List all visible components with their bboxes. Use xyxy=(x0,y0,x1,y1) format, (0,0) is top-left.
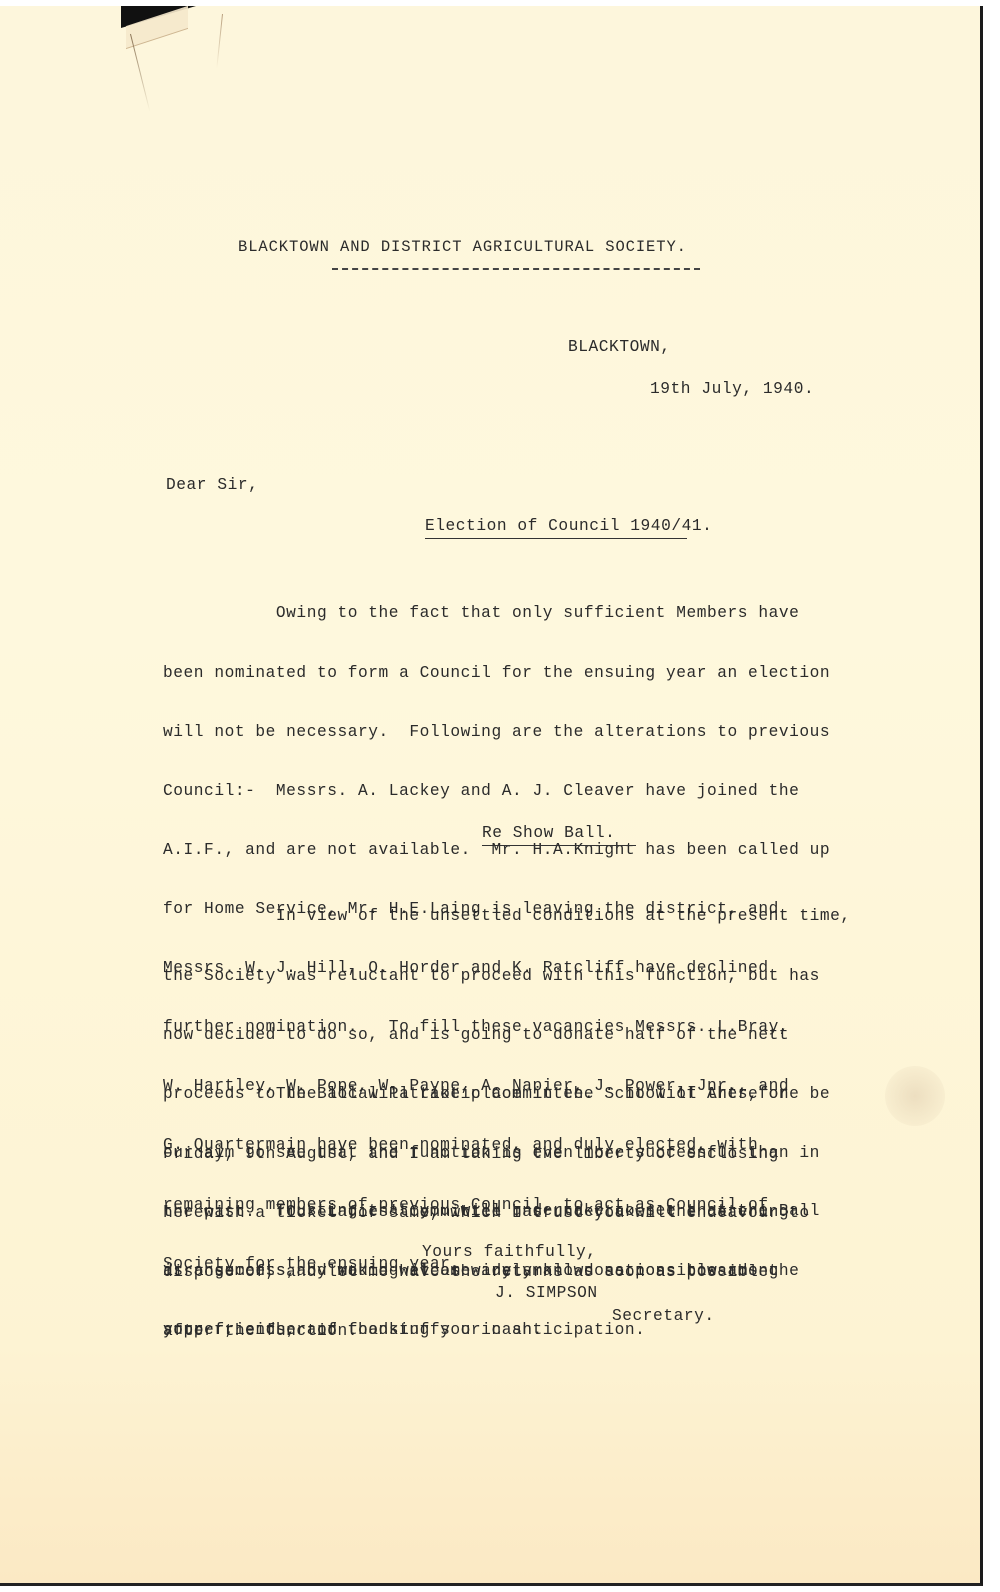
text-line: now decided to do so, and is going to do… xyxy=(163,1026,851,1046)
text-line: Owing to the fact that only sufficient M… xyxy=(163,604,830,624)
heading-underline xyxy=(425,538,687,539)
paper-crease xyxy=(216,14,223,69)
text-line: will not be necessary. Following are the… xyxy=(163,723,830,743)
text-line: your friends, and thanking you in antici… xyxy=(163,1321,820,1341)
text-line: In view of the unsettled conditions at t… xyxy=(163,907,851,927)
letter-page: BLACKTOWN AND DISTRICT AGRICULTURAL SOCI… xyxy=(0,6,983,1586)
section-heading-election: Election of Council 1940/41. xyxy=(425,517,712,537)
text-line: The Ball will take place in the School o… xyxy=(163,1085,810,1105)
salutation: Dear Sir, xyxy=(166,476,258,496)
text-line: is a success, by making it as widely kno… xyxy=(163,1262,820,1282)
paper-crease xyxy=(130,34,150,112)
text-line: Council:- Messrs. A. Lackey and A. J. Cl… xyxy=(163,782,830,802)
letter-place: BLACKTOWN, xyxy=(568,338,671,358)
text-line: been nominated to form a Council for the… xyxy=(163,664,830,684)
letter-date: 19th July, 1940. xyxy=(650,380,814,400)
section-heading-show-ball: Re Show Ball. xyxy=(482,824,615,844)
stain xyxy=(885,1066,945,1126)
letterhead-rule xyxy=(332,268,700,270)
signatory-title: Secretary. xyxy=(612,1307,715,1327)
text-line: the Society was reluctant to proceed wit… xyxy=(163,967,851,987)
valediction: Yours faithfully, xyxy=(422,1243,597,1263)
text-line: Trusting that you will undertake to see … xyxy=(163,1202,820,1222)
paragraph-closing-request: Trusting that you will undertake to see … xyxy=(163,1163,820,1380)
text-line: Friday, 9th August, and I am taking the … xyxy=(163,1145,810,1165)
letterhead-organization: BLACKTOWN AND DISTRICT AGRICULTURAL SOCI… xyxy=(238,238,687,258)
signatory-name: J. SIMPSON xyxy=(495,1284,598,1304)
heading-underline xyxy=(482,845,636,846)
text-line: A.I.F., and are not available. Mr. H.A.K… xyxy=(163,841,830,861)
